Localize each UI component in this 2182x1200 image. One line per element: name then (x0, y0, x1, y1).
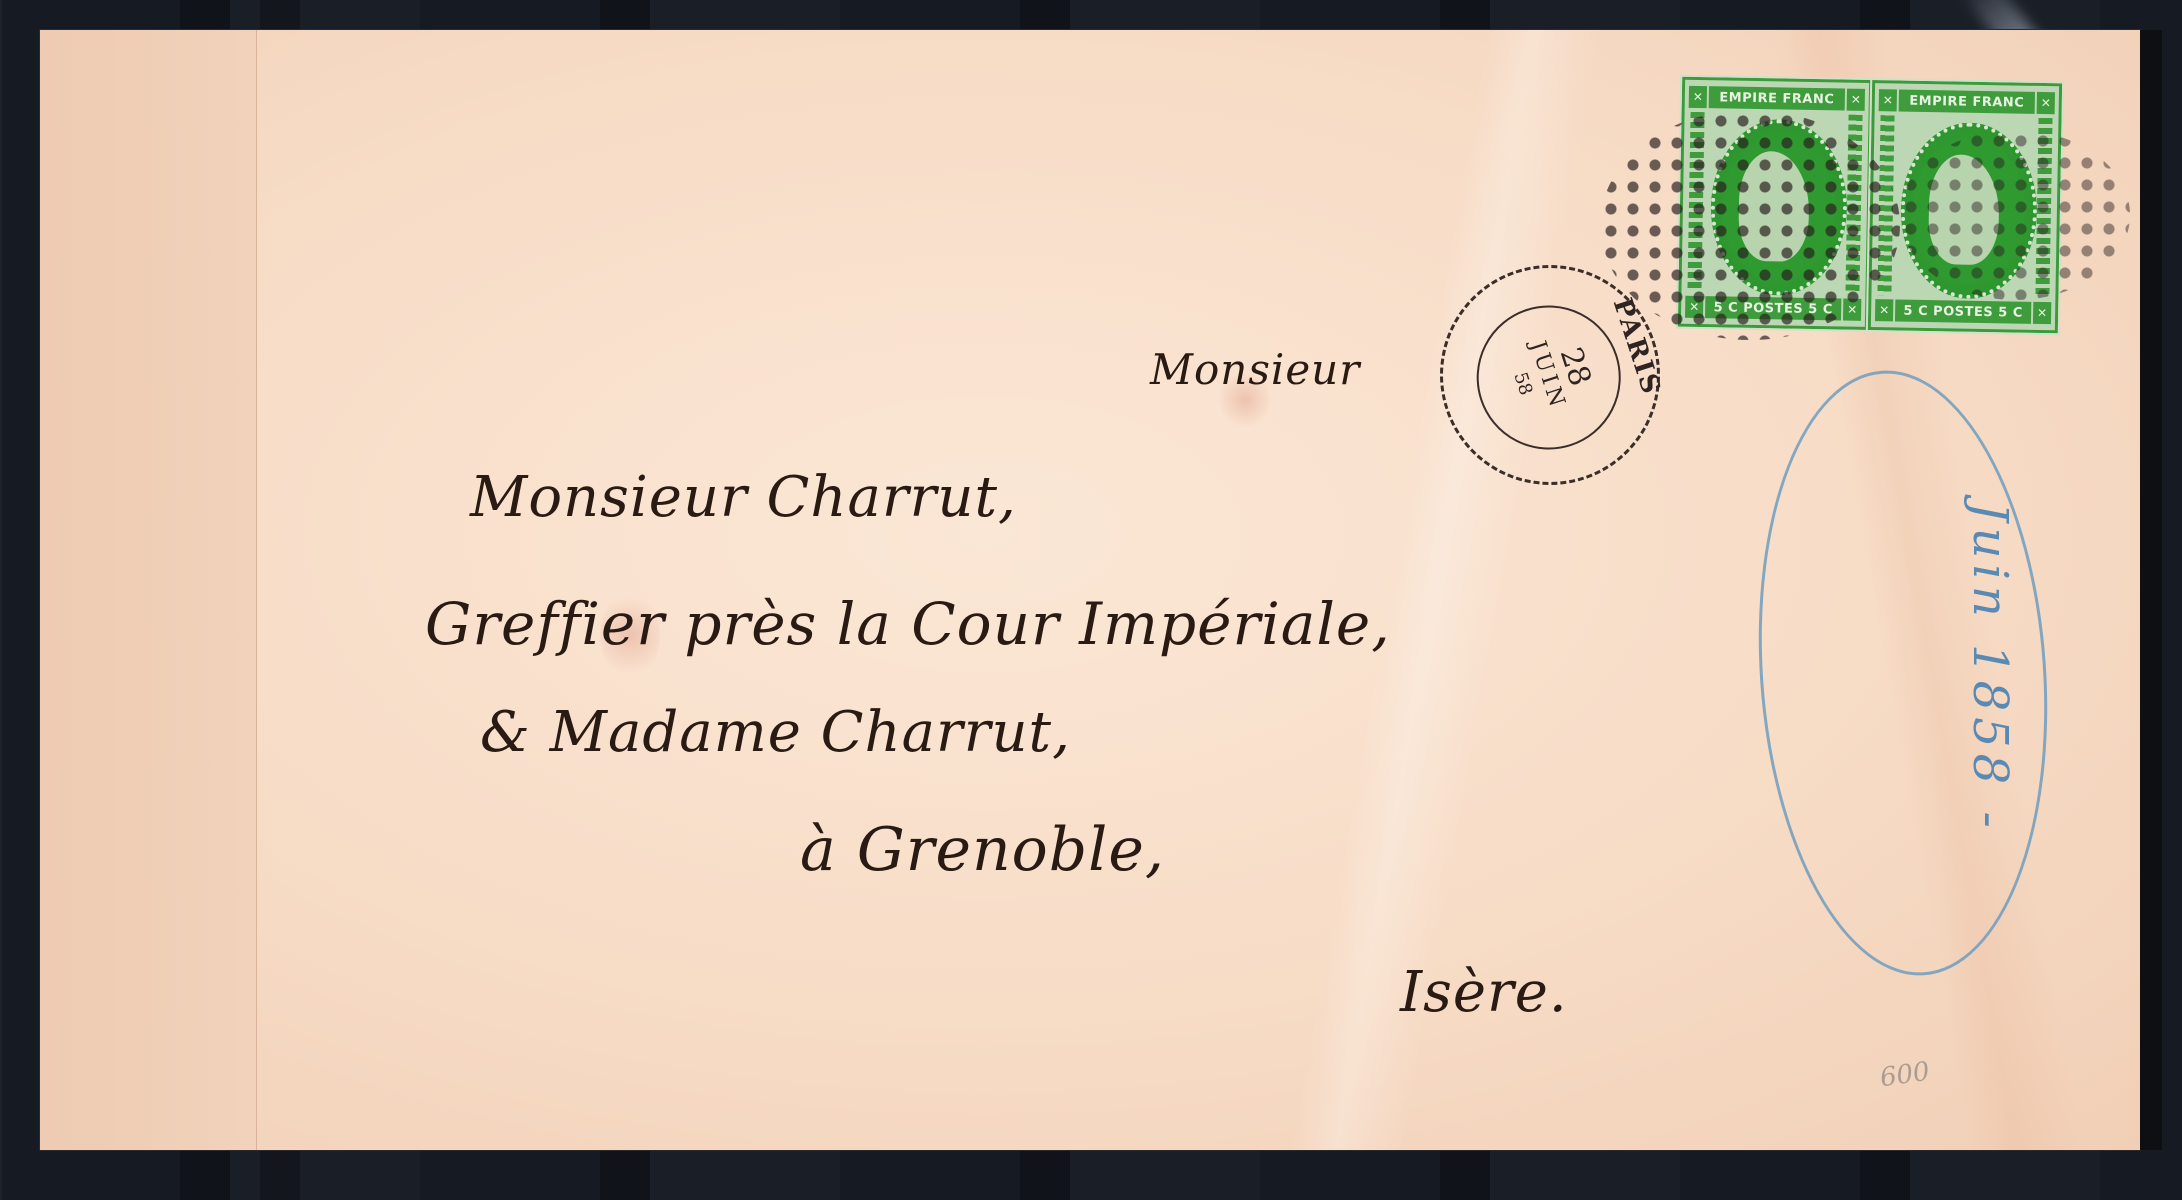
greek-key-border (1877, 115, 1894, 295)
corner-ornament-icon: ✕ (1843, 299, 1861, 321)
address-line-recipient: Monsieur Charrut, (470, 465, 1017, 530)
greek-key-border (1687, 112, 1704, 292)
greek-key-border (1845, 115, 1862, 295)
address-line-co-recipient: & Madame Charrut, (480, 700, 1071, 765)
envelope-left-flap (40, 30, 257, 1150)
corner-ornament-icon: ✕ (1685, 296, 1703, 318)
corner-ornament-icon: ✕ (1879, 89, 1897, 111)
address-line-department: Isère. (1400, 960, 1568, 1025)
stamp-bottom-inscription: 5 C POSTES 5 C (1895, 299, 2031, 323)
envelope-right-edge (2140, 30, 2162, 1150)
corner-ornament-icon: ✕ (1875, 299, 1893, 321)
stamp-left: EMPIRE FRANC ✕ ✕ ✕ ✕ 5 C POSTES 5 C (1678, 77, 1872, 330)
greek-key-border (2035, 118, 2052, 298)
corner-ornament-icon: ✕ (2037, 92, 2055, 114)
stamp-top-inscription: EMPIRE FRANC (1709, 86, 1845, 110)
address-line-title: Greffier près la Cour Impériale, (425, 590, 1391, 658)
stamp-right: EMPIRE FRANC ✕ ✕ ✕ ✕ 5 C POSTES 5 C (1868, 80, 2062, 333)
stamp-bottom-inscription: 5 C POSTES 5 C (1705, 296, 1841, 320)
corner-ornament-icon: ✕ (1847, 89, 1865, 111)
address-salutation: Monsieur (1150, 345, 1360, 394)
corner-ornament-icon: ✕ (1689, 86, 1707, 108)
stamp-top-inscription: EMPIRE FRANC (1899, 89, 2035, 113)
corner-ornament-icon: ✕ (2033, 302, 2051, 324)
blue-pencil-date-note: Juin 1858 - (1962, 458, 2018, 878)
stamp-pair: EMPIRE FRANC ✕ ✕ ✕ ✕ 5 C POSTES 5 C EMPI… (1678, 77, 2062, 334)
address-line-city: à Grenoble, (800, 815, 1165, 885)
